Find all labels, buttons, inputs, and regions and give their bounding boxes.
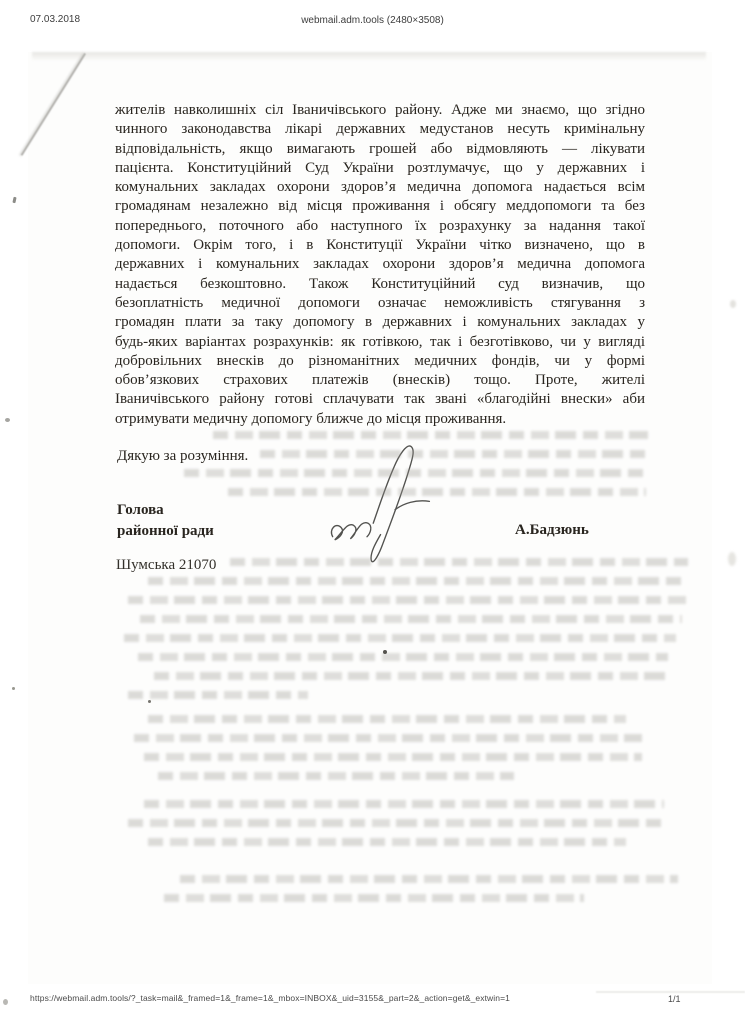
body-line: громадянам незалежно від місця проживанн… bbox=[115, 197, 645, 216]
body-line: добровільних внесків до різноманітних ме… bbox=[115, 352, 645, 371]
bleed-through-line bbox=[148, 838, 626, 846]
bleed-through-line bbox=[144, 800, 664, 808]
page-crease bbox=[21, 53, 86, 156]
print-preview-page: 07.03.2018 webmail.adm.tools (2480×3508)… bbox=[0, 0, 745, 1024]
signature-title: Голова районної ради bbox=[117, 500, 214, 542]
bleed-through-line bbox=[138, 653, 668, 661]
print-title: webmail.adm.tools (2480×3508) bbox=[0, 15, 745, 26]
body-line: громадян плати за таку допомогу в держав… bbox=[115, 313, 645, 332]
bleed-through-line bbox=[230, 558, 688, 566]
bleed-through-line bbox=[144, 753, 642, 761]
scanned-letter: жителів навколишніх сіл Іваничівського р… bbox=[28, 52, 712, 984]
bleed-through-line bbox=[124, 634, 676, 642]
body-line: отримувати медичну допомогу ближче до мі… bbox=[115, 410, 645, 429]
bleed-through-line bbox=[140, 615, 682, 623]
dust-speck bbox=[12, 197, 16, 203]
body-line: безоплатність медичної допомоги означає … bbox=[115, 294, 645, 313]
signature-title-line2: районної ради bbox=[117, 521, 214, 542]
ink-speck bbox=[148, 700, 151, 703]
bleed-through-line bbox=[128, 691, 308, 699]
dust-speck bbox=[5, 418, 10, 422]
dust-speck bbox=[728, 552, 736, 566]
bleed-through-line bbox=[134, 734, 642, 742]
ink-speck bbox=[383, 650, 387, 654]
print-url: https://webmail.adm.tools/?_task=mail&_f… bbox=[30, 993, 510, 1003]
handwritten-signature-icon bbox=[325, 440, 435, 570]
bleed-through-line bbox=[128, 819, 668, 827]
bleed-through-line bbox=[154, 672, 672, 680]
bleed-through-line bbox=[180, 875, 678, 883]
body-line: пацієнта. Конституційний Суд України роз… bbox=[115, 159, 645, 178]
signature-title-line1: Голова bbox=[117, 500, 214, 521]
bleed-through-line bbox=[148, 577, 686, 585]
bleed-through-line bbox=[184, 469, 646, 477]
body-line: чинного законодавства лікарі державних м… bbox=[115, 120, 645, 139]
body-line: жителів навколишніх сіл Іваничівського р… bbox=[115, 101, 645, 120]
bleed-through-line bbox=[128, 596, 686, 604]
body-line: Іваничівського району готові сплачувати … bbox=[115, 390, 645, 409]
location-line: Шумська 21070 bbox=[116, 557, 216, 574]
bleed-through-line bbox=[148, 715, 626, 723]
body-line: державних і комунальних закладах охорони… bbox=[115, 255, 645, 274]
body-line: допомоги. Окрім того, і в Конституції Ук… bbox=[115, 236, 645, 255]
scan-top-edge bbox=[32, 52, 706, 61]
letter-body: жителів навколишніх сіл Іваничівського р… bbox=[115, 101, 645, 429]
closing-line: Дякую за розуміння. bbox=[117, 448, 248, 465]
bleed-through-line bbox=[164, 894, 584, 902]
body-line: надається безкоштовно. Також Конституцій… bbox=[115, 275, 645, 294]
body-line: відповідальність, якщо вимагають грошей … bbox=[115, 140, 645, 159]
dust-speck bbox=[12, 687, 15, 690]
body-line: обов’язкових страхових платежів (внесків… bbox=[115, 371, 645, 390]
bleed-through-line bbox=[260, 450, 648, 458]
bleed-through-line bbox=[213, 431, 648, 439]
dust-speck bbox=[730, 300, 736, 308]
body-line: попереднього, поточного або наступного ї… bbox=[115, 217, 645, 236]
signatory-name: А.Бадзюнь bbox=[515, 522, 589, 539]
body-line: будь-яких варіантах розрахунків: як готі… bbox=[115, 333, 645, 352]
print-footer: https://webmail.adm.tools/?_task=mail&_f… bbox=[0, 993, 745, 1009]
bleed-through-line bbox=[228, 488, 646, 496]
print-header: 07.03.2018 webmail.adm.tools (2480×3508) bbox=[0, 14, 745, 30]
body-line: комунальних закладах охорони здоров’я ме… bbox=[115, 178, 645, 197]
page-indicator: 1/1 bbox=[668, 994, 681, 1004]
bleed-through-line bbox=[158, 772, 514, 780]
